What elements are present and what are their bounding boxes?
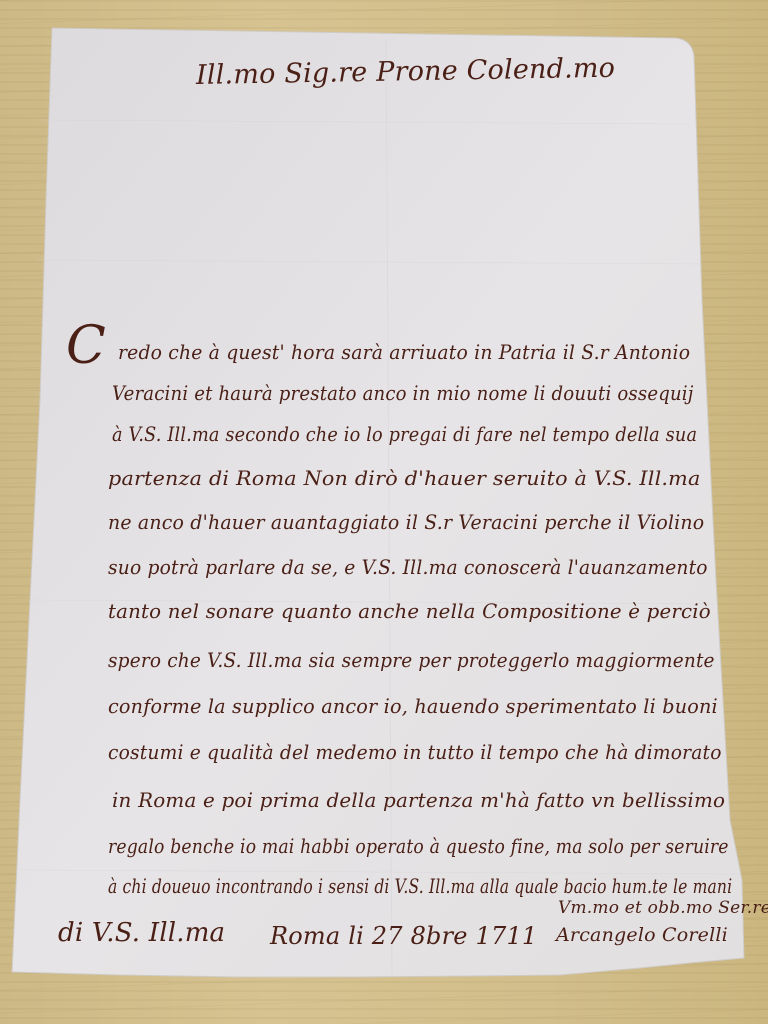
closing-place-date: Roma li 27 8bre 1711 <box>270 922 537 950</box>
body-line-5: ne anco d'hauer auantaggiato il S.r Vera… <box>108 512 704 532</box>
body-line-9: conforme la supplico ancor io, hauendo s… <box>108 696 718 716</box>
closing-regards: Vm.mo et obb.mo Ser.re <box>558 898 768 918</box>
body-line-1: redo che à quest' hora sarà arriuato in … <box>118 342 690 362</box>
body-line-13: à chi doueuo incontrando i sensi di V.S.… <box>108 876 732 896</box>
body-line-2: Veracini et haurà prestato anco in mio n… <box>112 383 694 403</box>
letter-sheet: Ill.mo Sig.re Prone Colend.mo C redo che… <box>0 0 768 1024</box>
body-line-12: regalo benche io mai habbi operato à que… <box>108 836 729 856</box>
body-line-6: suo potrà parlare da se, e V.S. Ill.ma c… <box>108 557 708 577</box>
body-line-4: partenza di Roma Non dirò d'hauer seruit… <box>108 468 701 488</box>
body-line-8: spero che V.S. Ill.ma sia sempre per pro… <box>108 650 715 670</box>
body-line-3: à V.S. Ill.ma secondo che io lo pregai d… <box>112 424 697 444</box>
closing-recipient: di V.S. Ill.ma <box>58 918 225 948</box>
body-line-10: costumi e qualità del medemo in tutto il… <box>108 742 722 762</box>
body-line-11: in Roma e poi prima della partenza m'hà … <box>112 790 725 810</box>
signature: Arcangelo Corelli <box>556 924 728 946</box>
body-line-7: tanto nel sonare quanto anche nella Comp… <box>108 601 711 621</box>
opening-initial: C <box>66 320 106 372</box>
